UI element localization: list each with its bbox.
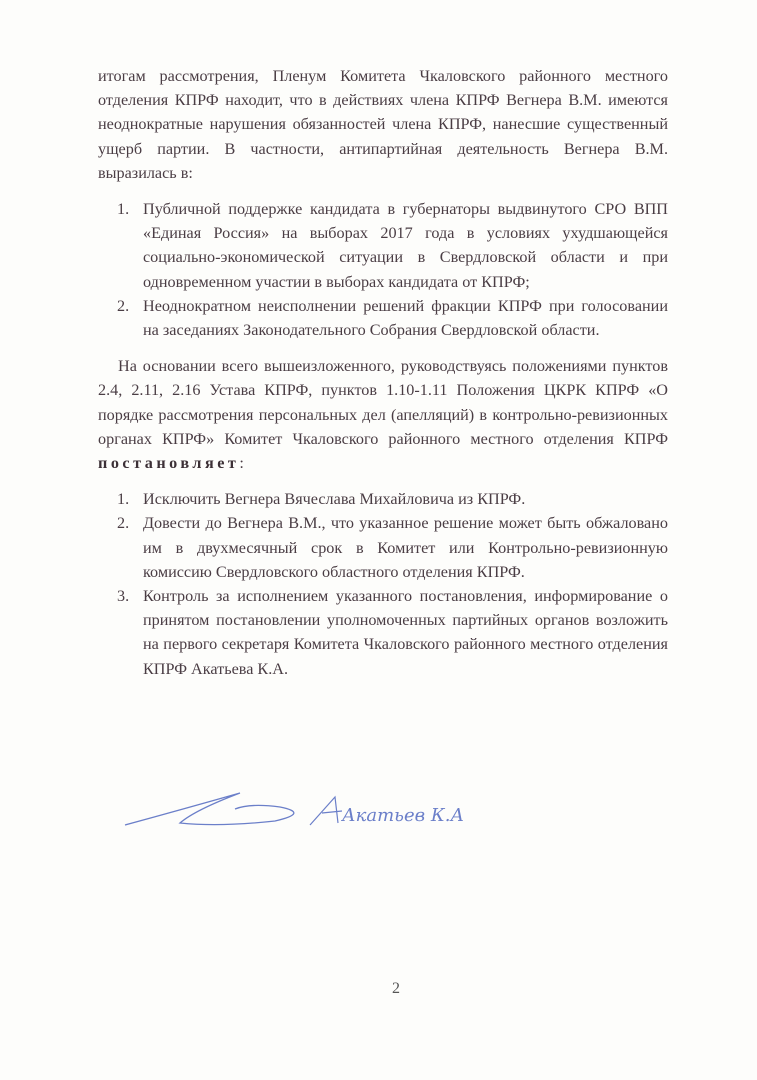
document-page: итогам рассмотрения, Пленум Комитета Чка… <box>98 64 668 681</box>
signature: Акатьев К.А <box>110 785 490 845</box>
signature-scribble-icon: Акатьев К.А <box>110 785 490 845</box>
page-number: 2 <box>392 980 400 998</box>
list-item: 3.Контроль за исполнением указанного пос… <box>98 584 668 681</box>
list-item: 1.Исключить Вегнера Вячеслава Михайлович… <box>98 487 668 511</box>
decisions-list: 1.Исключить Вегнера Вячеслава Михайлович… <box>98 487 668 681</box>
list-item: 2.Неоднократном неисполнении решений фра… <box>98 294 668 342</box>
list-item: 2.Довести до Вегнера В.М., что указанное… <box>98 511 668 584</box>
intro-paragraph: итогам рассмотрения, Пленум Комитета Чка… <box>98 64 668 185</box>
svg-text:Акатьев К.А: Акатьев К.А <box>340 805 464 826</box>
resolves-word: постановляет <box>98 454 239 472</box>
list-item: 1.Публичной поддержке кандидата в губерн… <box>98 197 668 294</box>
basis-paragraph: На основании всего вышеизложенного, руко… <box>98 354 668 475</box>
violations-list: 1.Публичной поддержке кандидата в губерн… <box>98 197 668 342</box>
